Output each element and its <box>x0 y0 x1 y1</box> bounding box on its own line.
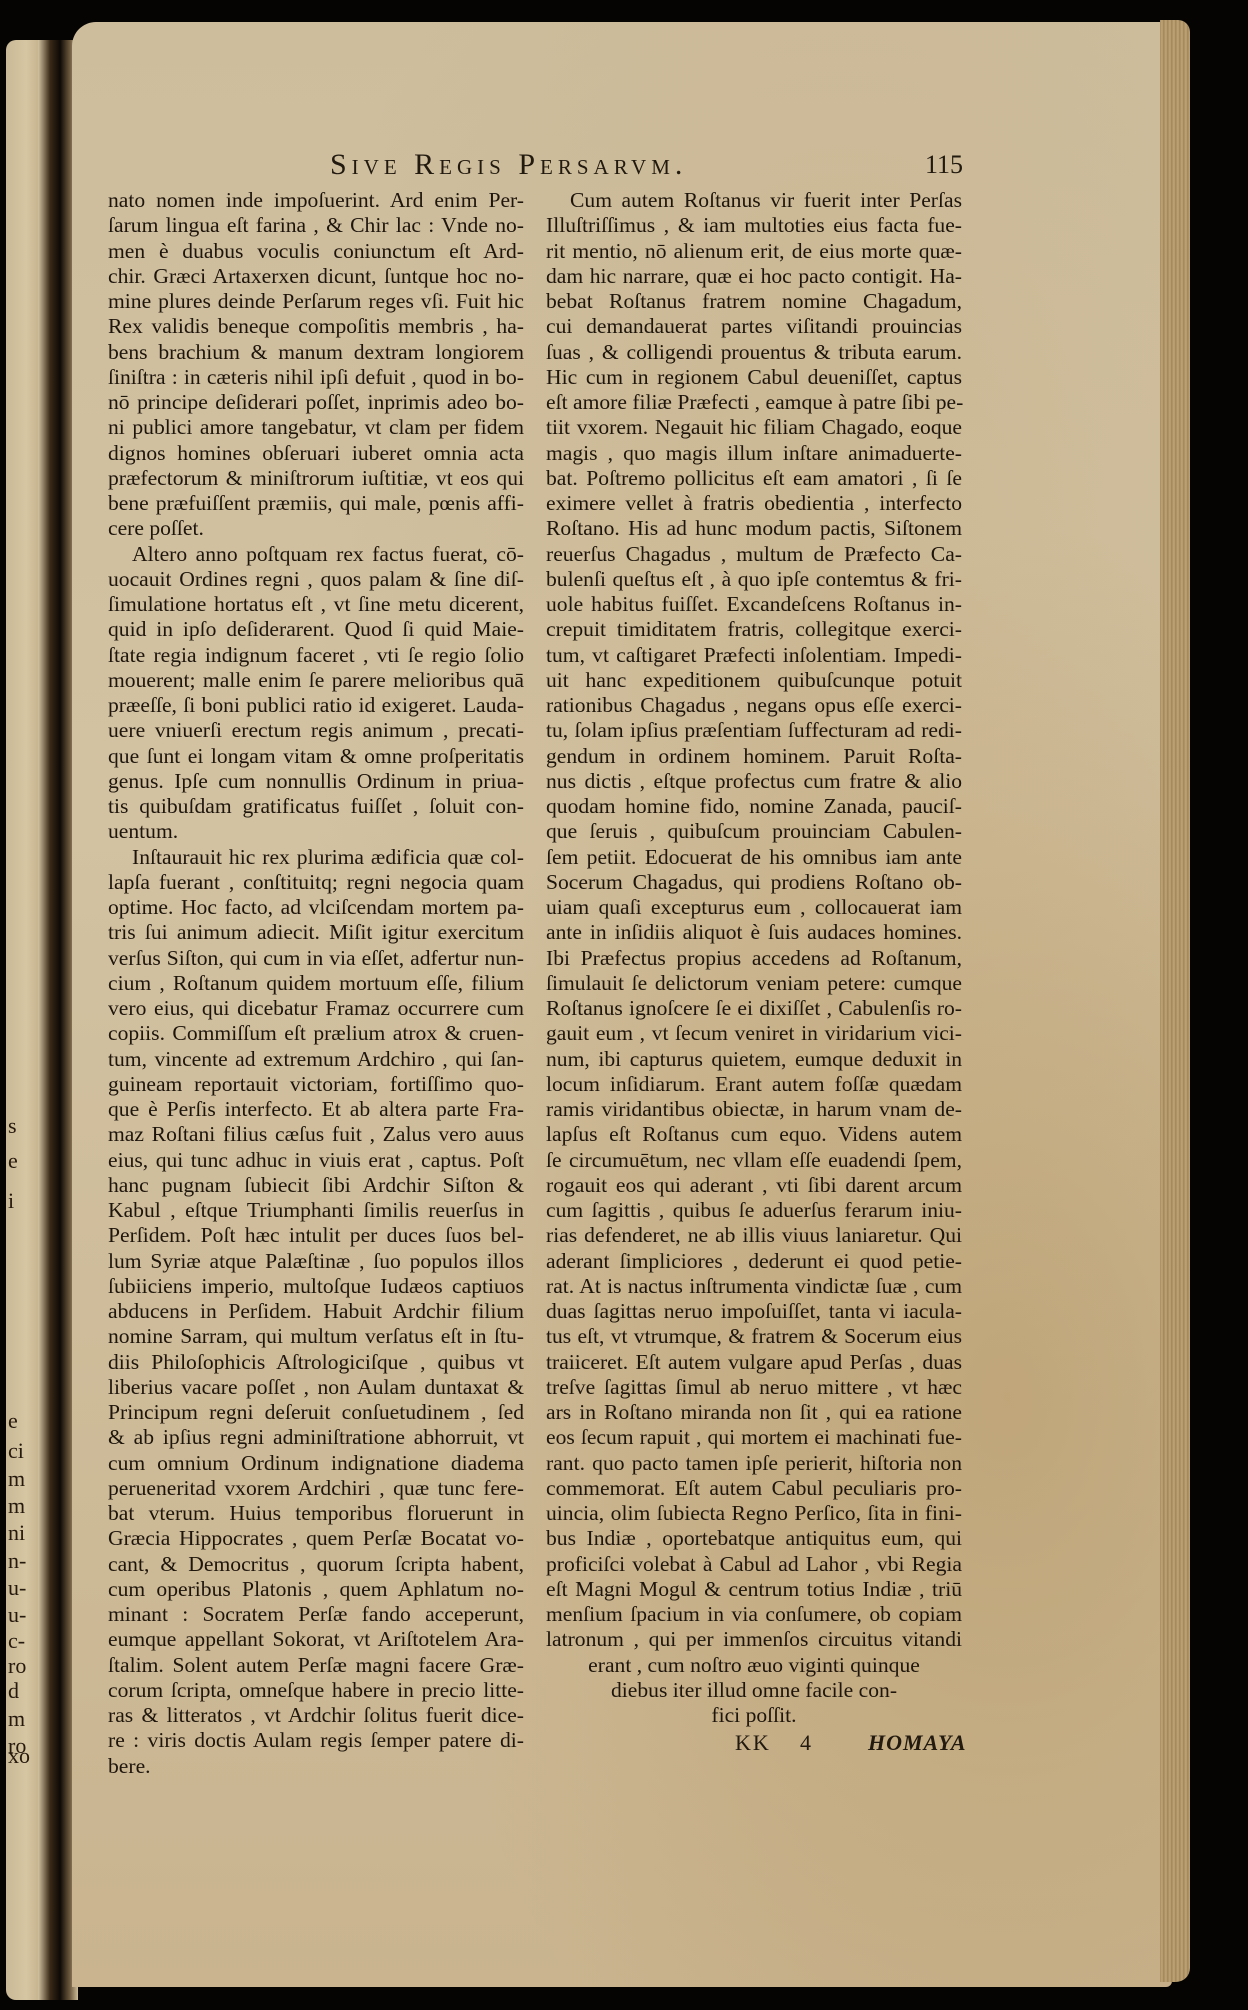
facing-page-fragment: d <box>8 1680 19 1702</box>
text-line: uere vniuerſi erectum regis animum , pre… <box>108 718 524 743</box>
facing-page-fragment: n- <box>8 1550 26 1572</box>
text-line: dignos homines obſeruari iuberet omnia a… <box>108 441 524 466</box>
text-line: duas ſagittas neruo impoſuiſſet, tanta v… <box>546 1299 962 1324</box>
facing-page-fragment: ci <box>8 1440 24 1462</box>
text-line: eos ſecum rapuit , qui mortem ei machina… <box>546 1425 962 1450</box>
text-line: Principum regni deſeruit conſuetudinem ,… <box>108 1400 524 1425</box>
text-line: fici poſſit. <box>546 1703 962 1728</box>
text-line: Altero anno poſtquam rex factus fuerat, … <box>108 542 524 567</box>
facing-page-fragment: e <box>8 1150 18 1172</box>
text-line: Kabul , eſtque Triumphanti ſimilis reuer… <box>108 1198 524 1223</box>
text-line: ars in Roſtano miranda non ſit , qui ea … <box>546 1400 962 1425</box>
text-line: chir. Græci Artaxerxen dicunt, ſuntque h… <box>108 264 524 289</box>
text-line: bat. Poſtremo pollicitus eſt eam amatori… <box>546 466 962 491</box>
text-line: maz Roſtani filius cæſus fuit , Zalus ve… <box>108 1122 524 1147</box>
text-line: ſubiiciens imperio, multoſque Iudæos cap… <box>108 1274 524 1299</box>
text-line: uincia, olim ſubiecta Regno Perſico, ſit… <box>546 1501 962 1526</box>
text-line: rogauit eos qui aderant , vti ſibi daren… <box>546 1173 962 1198</box>
text-line: proficiſci volebat à Cabul ad Lahor , vb… <box>546 1552 962 1577</box>
page-block-edge <box>1160 20 1190 1982</box>
text-line: ſe circumuētum, nec vllam eſſe euadendi … <box>546 1148 962 1173</box>
text-line: uole habitus fuiſſet. Excandeſcens Roſta… <box>546 592 962 617</box>
facing-page-fragment: u- <box>8 1577 26 1599</box>
text-line: tum, vincente ad extremum Ardchiro , qui… <box>108 1047 524 1072</box>
facing-page-fragment: m <box>8 1495 25 1517</box>
text-line: abducens in Perſidem. Habuit Ardchir fil… <box>108 1299 524 1324</box>
text-line: mouerent; malle enim ſe parere melioribu… <box>108 668 524 693</box>
text-line: uit hanc expeditionem quibuſcunque potui… <box>546 668 962 693</box>
text-line: Perſidem. Poſt hæc intulit per duces ſuo… <box>108 1223 524 1248</box>
facing-page-fragment: c- <box>8 1630 25 1652</box>
text-line: uocauit Ordines regni , quos palam & ſin… <box>108 567 524 592</box>
text-line: dam hic narrare, quæ ei hoc pacto contig… <box>546 264 962 289</box>
text-line: ni publici amore tangebatur, vt clam per… <box>108 415 524 440</box>
facing-page-fragment: e <box>8 1410 18 1432</box>
text-line: que ſunt ei longam vitam & omne proſperi… <box>108 744 524 769</box>
facing-page-edge: seiecimmnin-u-u-c-rodmroxo <box>6 40 40 2000</box>
text-line: optime. Hoc facto, ad vlciſcendam mortem… <box>108 895 524 920</box>
text-line: gauit eum , vt ſecum veniret in viridari… <box>546 1021 962 1046</box>
text-line: re : viris doctis Aulam regis ſemper pat… <box>108 1728 524 1753</box>
text-line: tis quibuſdam gratificatus fuiſſet , ſol… <box>108 794 524 819</box>
text-line: ante in inſidiis aliquot è ſuis audaces … <box>546 920 962 945</box>
text-line: tiit vxorem. Negauit hic filiam Chagado,… <box>546 415 962 440</box>
text-line: perueneritad vxorem Ardchiri , quæ tunc … <box>108 1476 524 1501</box>
text-line: lum Syriæ atque Palæſtinæ , ſuo populos … <box>108 1249 524 1274</box>
text-line: Illuſtriſſimus , & iam multoties eius fa… <box>546 213 962 238</box>
text-line: num, ibi capturus quietem, eumque deduxi… <box>546 1047 962 1072</box>
text-line: Socerum Chagadus, qui prodiens Roſtano o… <box>546 870 962 895</box>
text-line: minant : Socratem Perſæ fando acceperunt… <box>108 1602 524 1627</box>
text-line: quodam homine fido, nomine Zanada, pauci… <box>546 794 962 819</box>
text-line: bulenſi queſtus eſt , à quo ipſe contemt… <box>546 567 962 592</box>
text-line: eius, qui tunc adhuc in viuis erat , cap… <box>108 1148 524 1173</box>
facing-page-fragment: xo <box>8 1745 30 1767</box>
text-line: Roſtanus ignoſcere ſe ei dixiſſet , Cabu… <box>546 996 962 1021</box>
text-line: tum, vt caſtigaret Præfecti inſolentiam.… <box>546 643 962 668</box>
text-line: gendum in ordinem hominem. Paruit Roſta- <box>546 744 962 769</box>
text-line: rit mentio, nō alienum erit, de eius mor… <box>546 239 962 264</box>
facing-page-text-fragments: seiecimmnin-u-u-c-rodmroxo <box>6 40 36 2000</box>
text-line: præfectorum & miniſtrorum iuſtitiæ, vt e… <box>108 466 524 491</box>
text-line: ſtalim. Solent autem Perſæ magni facere … <box>108 1653 524 1678</box>
text-line: cum ſagittis , quibus ſe aduerſus feraru… <box>546 1198 962 1223</box>
text-line: ſimulatione hortatus eſt , vt ſine metu … <box>108 592 524 617</box>
text-line: bens brachium & manum dextram longiorem <box>108 340 524 365</box>
page-number: 115 <box>925 150 963 180</box>
text-line: rat. At is nactus inſtrumenta vindictæ ſ… <box>546 1274 962 1299</box>
text-line: diebus iter illud omne facile con- <box>546 1678 962 1703</box>
text-line: cui demandauerat partes viſitandi prouin… <box>546 314 962 339</box>
text-line: ſem petiit. Edocuerat de his omnibus iam… <box>546 845 962 870</box>
facing-page-fragment: u- <box>8 1604 26 1626</box>
text-line: bene præfuiſſent præmiis, qui male, pœni… <box>108 491 524 516</box>
text-line: guineam reportauit victoriam, fortiſſimo… <box>108 1072 524 1097</box>
text-line: crepuit timiditatem fratris, collegitque… <box>546 617 962 642</box>
text-line: tus eſt, vt vtrumque, & fratrem & Soceru… <box>546 1324 962 1349</box>
text-line: erant , cum noſtro æuo viginti quinque <box>546 1653 962 1678</box>
text-line: Græcia Hippocrates , quem Perſæ Bocatat … <box>108 1526 524 1551</box>
text-line: præeſſe, ſi boni publici ratio id exiger… <box>108 693 524 718</box>
text-line: traiiceret. Eſt autem vulgare apud Perſa… <box>546 1350 962 1375</box>
text-line: reuerſus Chagadus , multum de Præfecto C… <box>546 542 962 567</box>
text-line: Hic cum in regionem Cabul deueniſſet, ca… <box>546 365 962 390</box>
text-column-left: nato nomen inde impoſuerint. Ard enim Pe… <box>108 188 524 1779</box>
text-line: ſiniſtra : in cæteris nihil ipſi defuit … <box>108 365 524 390</box>
text-line: locum inſidiarum. Erant autem foſſæ quæd… <box>546 1072 962 1097</box>
text-line: aderant ſimpliciores , dederunt ei quod … <box>546 1249 962 1274</box>
text-line: bus Indiæ , oportebatque antiquitus eum,… <box>546 1526 962 1551</box>
text-line: vero eius, qui dicebatur Framaz occurrer… <box>108 996 524 1021</box>
text-line: quid in ipſo deſiderarent. Quod ſi quid … <box>108 617 524 642</box>
text-line: que è Perſis interfecto. Et ab altera pa… <box>108 1097 524 1122</box>
text-line: lapſa fuerant , conſtituitq; regni negoc… <box>108 870 524 895</box>
text-line: ſuas , & colligendi prouentus & tributa … <box>546 340 962 365</box>
text-line: commemorat. Eſt autem Cabul peculiaris p… <box>546 1476 962 1501</box>
text-line: Cum autem Roſtanus vir fuerit inter Perſ… <box>546 188 962 213</box>
text-line: uiam quaſi excepturus eum , collocauerat… <box>546 895 962 920</box>
text-line: corum ſcripta, omneſque habere in precio… <box>108 1678 524 1703</box>
text-line: nato nomen inde impoſuerint. Ard enim Pe… <box>108 188 524 213</box>
text-line: cant, & Democritus , quorum ſcripta habe… <box>108 1552 524 1577</box>
text-line: cum operibus Platonis , quem Aphlatum no… <box>108 1577 524 1602</box>
text-line: bat vterum. Huius temporibus floruerunt … <box>108 1501 524 1526</box>
text-line: tris ſui animum adiecit. Miſit igitur ex… <box>108 920 524 945</box>
text-line: rationibus Chagadus , negans opus eſſe e… <box>546 693 962 718</box>
facing-page-fragment: i <box>8 1190 14 1212</box>
facing-page-fragment: m <box>8 1468 25 1490</box>
text-line: ras & litteratos , vt Ardchir ſolitus fu… <box>108 1703 524 1728</box>
text-line: diis Philoſophicis Aſtrologiciſque , qui… <box>108 1350 524 1375</box>
text-line: genus. Ipſe cum nonnullis Ordinum in pri… <box>108 769 524 794</box>
text-line: eximere vellet à fratris obedientia , in… <box>546 491 962 516</box>
text-line: cere poſſet. <box>108 516 524 541</box>
text-line: Ibi Præfectus propius accedens ad Roſtan… <box>546 946 962 971</box>
text-line: eumque appellant Sokorat, vt Ariſtotelem… <box>108 1627 524 1652</box>
text-line: Inſtaurauit hic rex plurima ædificia quæ… <box>108 845 524 870</box>
running-head: Sive Regis Persarvm. <box>330 148 687 182</box>
text-line: ſtate regia indignum faceret , vti ſe re… <box>108 643 524 668</box>
facing-page-fragment: ni <box>8 1522 25 1544</box>
text-line: nomine Sarram, qui multum verſatus eſt i… <box>108 1324 524 1349</box>
text-line: eſt amore filiæ Præfecti , eamque à patr… <box>546 390 962 415</box>
signature-number: 4 <box>800 1730 811 1756</box>
text-line: treſve ſagittas ſimul ab neruo mittere ,… <box>546 1375 962 1400</box>
text-line: copiis. Commiſſum eſt prælium atrox & cr… <box>108 1021 524 1046</box>
text-column-right: Cum autem Roſtanus vir fuerit inter Perſ… <box>546 188 962 1728</box>
text-line: uentum. <box>108 819 524 844</box>
text-line: bere. <box>108 1754 524 1779</box>
text-line: Roſtano. His ad hunc modum pactis, Siſto… <box>546 516 962 541</box>
text-line: men è duabus voculis coniunctum eſt Ard- <box>108 239 524 264</box>
text-line: ſimulauit ſe delictorum veniam petere: c… <box>546 971 962 996</box>
facing-page-fragment: s <box>8 1115 17 1137</box>
signature-mark: KK <box>735 1730 771 1756</box>
text-line: eſt Magni Mogul & centrum totius Indiæ ,… <box>546 1577 962 1602</box>
text-line: nō principe deſiderari poſſet, inprimis … <box>108 390 524 415</box>
text-line: & ab ipſius regni adminiſtratione abhorr… <box>108 1425 524 1450</box>
text-line: ſarum lingua eſt farina , & Chir lac : V… <box>108 213 524 238</box>
catchword: HOMAYA <box>868 1730 967 1756</box>
text-line: que ſeruis , quibuſcum prouinciam Cabule… <box>546 819 962 844</box>
text-line: cum omnium Ordinum indignatione diadema <box>108 1451 524 1476</box>
text-line: liberius vacare poſſet , non Aulam dunta… <box>108 1375 524 1400</box>
text-line: magis , quo magis illum inſtare animadue… <box>546 441 962 466</box>
text-line: rias defenderet, ne ab illis viuus lania… <box>546 1223 962 1248</box>
text-line: nus dictis , eſtque profectus cum fratre… <box>546 769 962 794</box>
text-line: mine plures deinde Perſarum reges vſi. F… <box>108 289 524 314</box>
text-line: cium , Roſtanum quidem mortuum eſſe, fil… <box>108 971 524 996</box>
text-line: Rex validis beneque compoſitis membris ,… <box>108 314 524 339</box>
text-line: latronum , qui per immenſos circuitus vi… <box>546 1627 962 1652</box>
facing-page-fragment: m <box>8 1708 25 1730</box>
text-line: tu, ſolam ipſius præſentiam ſuffecturam … <box>546 718 962 743</box>
text-line: ramis viridantibus obiectæ, in harum vna… <box>546 1097 962 1122</box>
text-line: hanc pugnam ſubiecit ſibi Ardchir Siſton… <box>108 1173 524 1198</box>
text-line: lapſus eſt Roſtanus cum equo. Videns aut… <box>546 1122 962 1147</box>
text-line: rant. quo pacto tamen ipſe perierit, hiſ… <box>546 1451 962 1476</box>
text-line: menſium ſpacium in via conſumere, ob cop… <box>546 1602 962 1627</box>
text-line: verſus Siſton, qui cum in via eſſet, adf… <box>108 946 524 971</box>
text-line: bebat Roſtanus fratrem nomine Chagadum, <box>546 289 962 314</box>
facing-page-fragment: ro <box>8 1655 26 1677</box>
